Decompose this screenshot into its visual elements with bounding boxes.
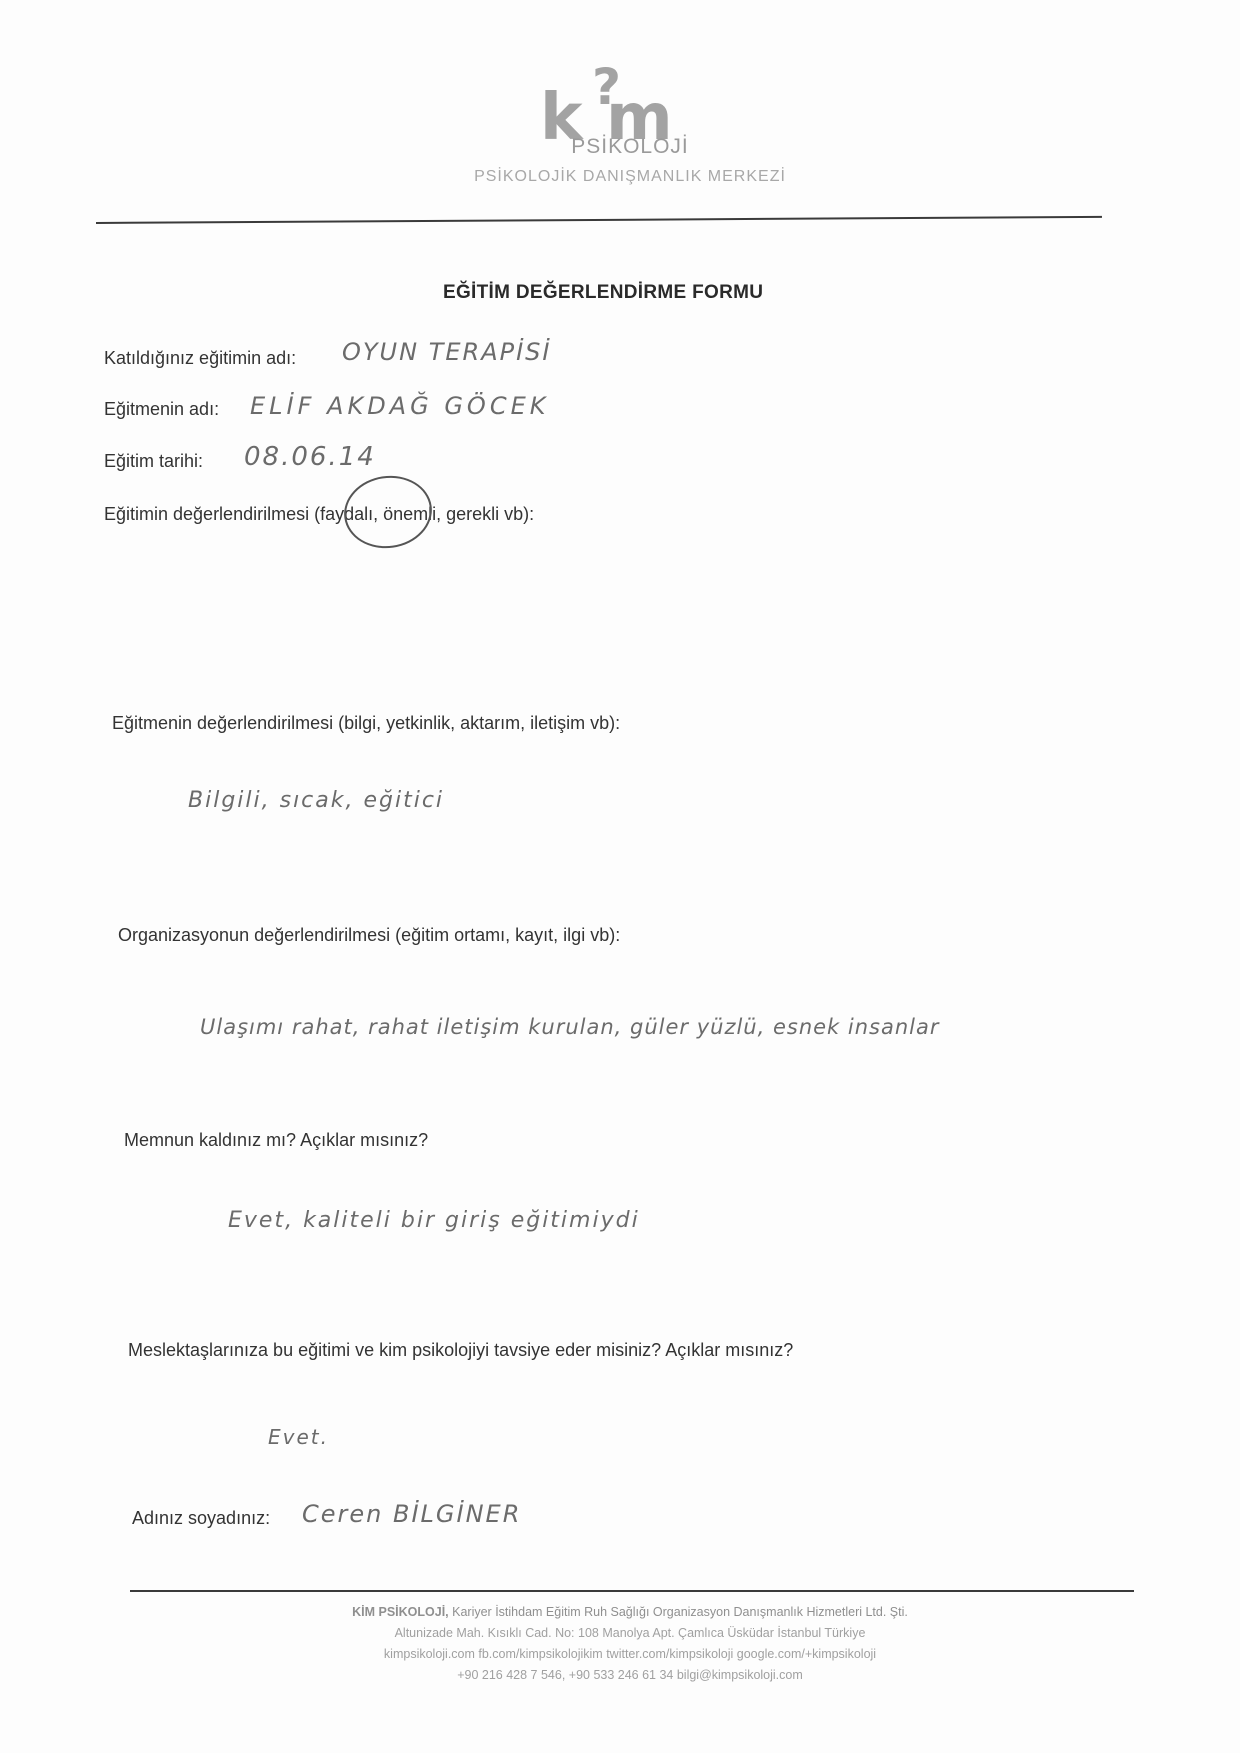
trainer-name-label: Eğitmenin adı: [104,399,219,420]
faydali-circle-mark [339,470,436,554]
form-title: EĞİTİM DEĞERLENDİRME FORMU [443,282,763,304]
footer-contact: +90 216 428 7 546, +90 533 246 61 34 bil… [160,1665,1100,1686]
training-evaluation-label: Eğitimin değerlendirilmesi (faydalı, öne… [104,504,534,525]
footer-company: KİM PSİKOLOJİ, Kariyer İstihdam Eğitim R… [160,1602,1100,1623]
trainer-evaluation-label: Eğitmenin değerlendirilmesi (bilgi, yetk… [112,713,620,734]
footer-company-desc: Kariyer İstihdam Eğitim Ruh Sağlığı Orga… [449,1605,908,1619]
full-name-label: Adınız soyadınız: [132,1508,270,1529]
header-divider [96,216,1102,224]
organization-evaluation-label: Organizasyonun değerlendirilmesi (eğitim… [118,925,620,946]
training-name-label: Katıldığınız eğitimin adı: [104,348,296,369]
organization-evaluation-value: Ulaşımı rahat, rahat iletişim kurulan, g… [200,1015,940,1039]
footer-address: Altunizade Mah. Kısıklı Cad. No: 108 Man… [160,1623,1100,1644]
trainer-name-value: ELİF AKDAĞ GÖCEK [250,392,549,420]
satisfaction-label: Memnun kaldınız mı? Açıklar mısınız? [124,1130,428,1151]
training-name-value: OYUN TERAPİSİ [342,338,551,366]
center-name: PSİKOLOJİK DANIŞMANLIK MERKEZİ [420,168,840,186]
training-date-value: 08.06.14 [244,442,376,472]
recommendation-label: Meslektaşlarınıza bu eğitimi ve kim psik… [128,1340,793,1361]
logo-subtitle: PSİKOLOJİ [520,135,740,159]
footer-divider [130,1590,1134,1592]
training-date-label: Eğitim tarihi: [104,451,203,472]
full-name-value: Ceren BİLGİNER [302,1500,521,1528]
trainer-evaluation-value: Bilgili, sıcak, eğitici [188,788,444,813]
footer-links: kimpsikoloji.com fb.com/kimpsikolojikim … [160,1644,1100,1665]
footer: KİM PSİKOLOJİ, Kariyer İstihdam Eğitim R… [160,1602,1100,1686]
footer-company-name: KİM PSİKOLOJİ, [352,1605,449,1619]
kim-psikoloji-logo: k ? m PSİKOLOJİ [520,58,740,148]
evaluation-form-page: k ? m PSİKOLOJİ PSİKOLOJİK DANIŞMANLIK M… [0,0,1240,1753]
satisfaction-value: Evet, kaliteli bir giriş eğitimiydi [228,1208,640,1233]
recommendation-value: Evet. [268,1425,329,1449]
